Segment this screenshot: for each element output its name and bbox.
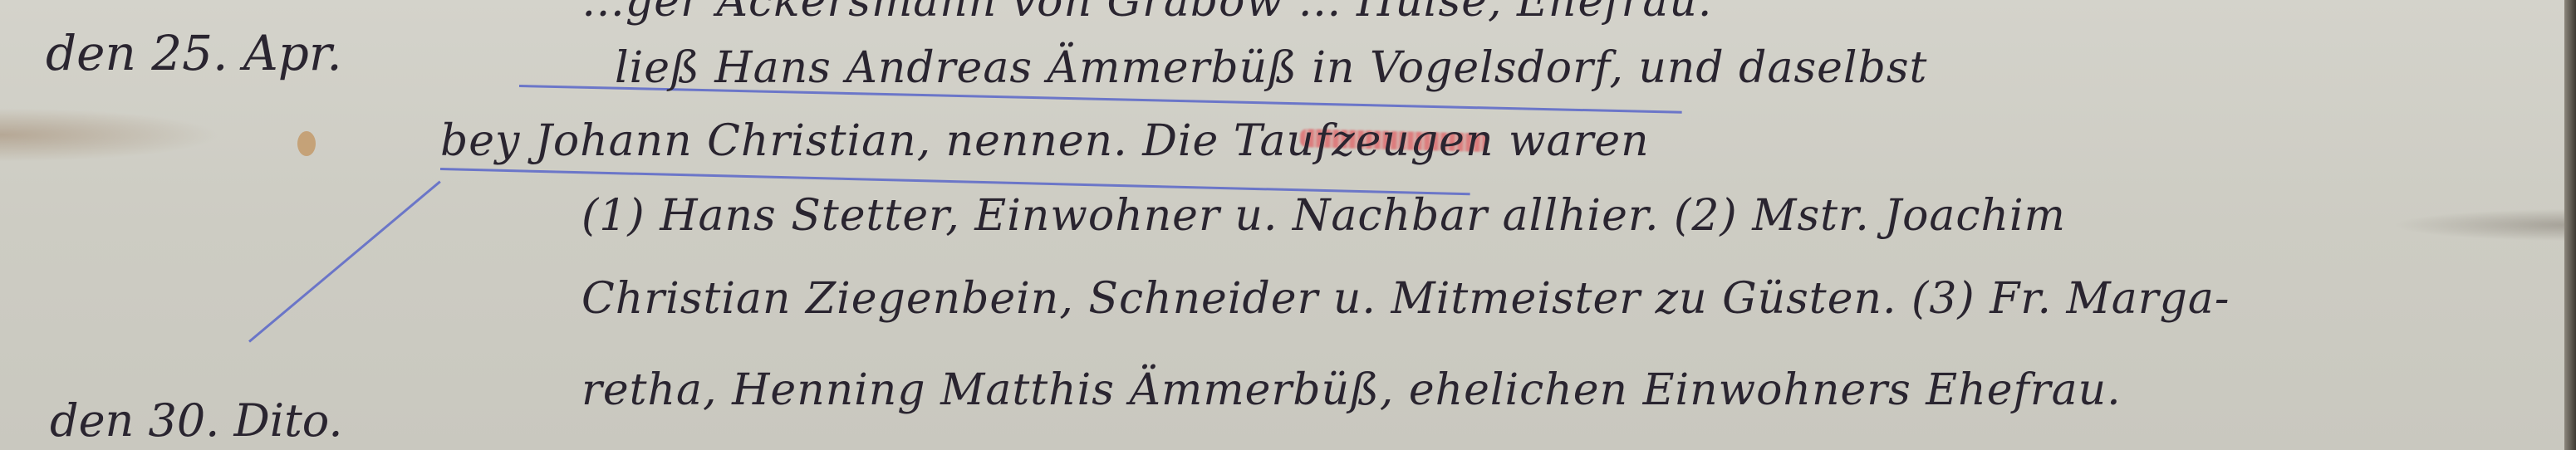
page-edge (2564, 0, 2576, 450)
text-line-0: …ger Ackersmann von Grabow … Hülse, Ehef… (581, 0, 1712, 27)
ink-stain (297, 131, 316, 156)
text-line-2: bey Johann Christian, nennen. Die Taufze… (440, 116, 1650, 166)
next-entry-date: den 30. Dito. (50, 394, 343, 447)
text-line-1: ließ Hans Andreas Ämmerbüß in Vogelsdorf… (615, 43, 1927, 93)
margin-date: den 25. Apr. (46, 25, 342, 81)
text-line-3: (1) Hans Stetter, Einwohner u. Nachbar a… (581, 191, 2066, 241)
text-line-5: retha, Henning Matthis Ämmerbüß, ehelich… (581, 365, 2122, 415)
text-line-4: Christian Ziegenbein, Schneider u. Mitme… (581, 274, 2230, 324)
